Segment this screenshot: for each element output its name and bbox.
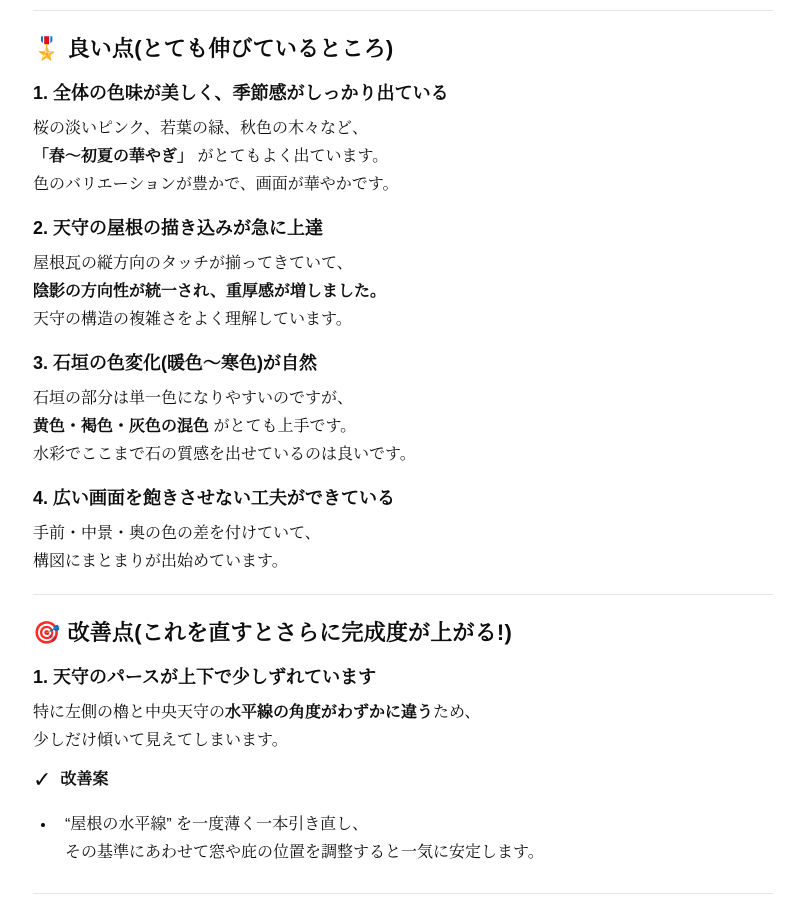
good-point-1-heading: 1. 全体の色味が美しく、季節感がしっかり出ている	[33, 80, 773, 106]
improvements-title-text: 改善点(これを直すとさらに完成度が上がる!)	[68, 620, 512, 645]
good-points-title-text: 良い点(とても伸びているところ)	[68, 36, 394, 61]
dart-target-icon: 🎯	[33, 620, 61, 645]
good-point-2-body: 屋根瓦の縦方向のタッチが揃ってきていて、陰影の方向性が統一され、重厚感が増しまし…	[33, 250, 773, 334]
divider-middle	[33, 594, 773, 595]
good-point-2-heading: 2. 天守の屋根の描き込みが急に上達	[33, 215, 773, 241]
good-point-4-heading: 4. 広い画面を飽きさせない工夫ができている	[33, 485, 773, 511]
improvement-1-body: 特に左側の櫓と中央天守の水平線の角度がわずかに違うため、少しだけ傾いて見えてしま…	[33, 699, 773, 755]
section-improvements: 🎯改善点(これを直すとさらに完成度が上がる!) 1. 天守のパースが上下で少しず…	[33, 618, 773, 867]
feedback-document: 🎖️良い点(とても伸びているところ) 1. 全体の色味が美しく、季節感がしっかり…	[0, 0, 800, 906]
improvement-1-heading: 1. 天守のパースが上下で少しずれています	[33, 664, 773, 690]
good-point-3-body: 石垣の部分は単一色になりやすいのですが、黄色・褐色・灰色の混色 がとても上手です…	[33, 385, 773, 469]
good-point-3-heading: 3. 石垣の色変化(暖色〜寒色)が自然	[33, 350, 773, 376]
checkmark-icon: ✓	[33, 768, 51, 792]
medal-icon: 🎖️	[33, 36, 61, 61]
suggestion-list: “屋根の水平線” を一度薄く一本引き直し、その基準にあわせて窓や庇の位置を調整す…	[33, 811, 773, 867]
section-good-points: 🎖️良い点(とても伸びているところ) 1. 全体の色味が美しく、季節感がしっかり…	[33, 34, 773, 576]
suggestion-label: 改善案	[60, 768, 108, 792]
list-item: “屋根の水平線” を一度薄く一本引き直し、その基準にあわせて窓や庇の位置を調整す…	[56, 811, 773, 867]
divider-bottom	[33, 893, 773, 894]
good-point-4-body: 手前・中景・奥の色の差を付けていて、構図にまとまりが出始めています。	[33, 520, 773, 576]
improvements-title: 🎯改善点(これを直すとさらに完成度が上がる!)	[33, 618, 773, 648]
good-point-1-body: 桜の淡いピンク、若葉の緑、秋色の木々など、「春〜初夏の華やぎ」 がとてもよく出て…	[33, 115, 773, 199]
good-points-title: 🎖️良い点(とても伸びているところ)	[33, 34, 773, 64]
suggestion-heading: ✓改善案	[33, 768, 773, 792]
divider-top	[33, 10, 773, 11]
